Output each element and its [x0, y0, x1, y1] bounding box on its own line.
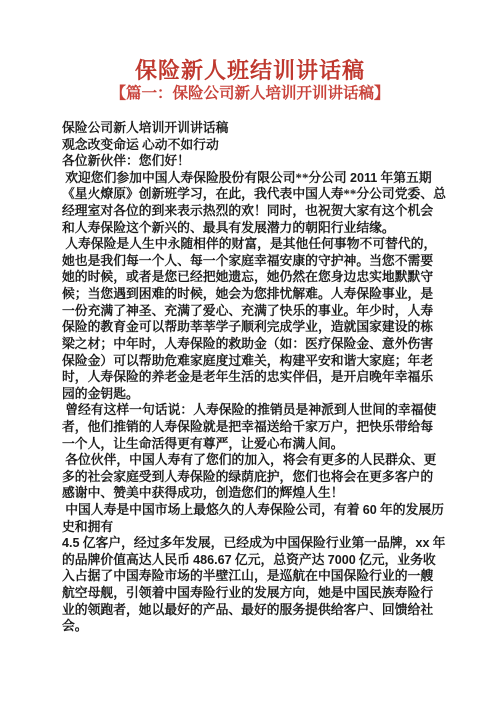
text-segment: 者，他们推销的人寿保险就是把幸福送给千家万户，把快乐带给每	[62, 420, 433, 434]
text-line: 欢迎您们参加中国人寿保险股份有限公司**分公司 2011 年第五期	[62, 170, 470, 187]
text-segment: 航空母舰，引领着中国寿险行业的发展方向，她是中国民族寿险行	[62, 586, 433, 600]
bold-number-segment: 486.67	[193, 553, 232, 567]
text-line: 她的时候，或者是您已经把她遗忘，她仍然在您身边忠实地默默守	[62, 269, 470, 286]
text-line: 业的领跑者，她以最好的产品、最好的服务提供给客户、回馈给社	[62, 602, 470, 619]
document-body: 保险公司新人培训开训讲话稿观念改变命运 心动不如行动各位新伙伴：您们好！ 欢迎您…	[0, 120, 500, 635]
text-segment: 年第五期	[377, 171, 431, 185]
text-line: 多的社会家庭受到人寿保险的绿荫庇护，您们也将会在更多客户的	[62, 469, 470, 486]
text-line: 观念改变命运 心动不如行动	[62, 137, 470, 154]
bold-number-segment: 4.5	[62, 536, 80, 550]
text-line: 会。	[62, 618, 470, 635]
text-line: 史和拥有	[62, 519, 470, 536]
bold-number-segment: 2011	[350, 171, 377, 185]
text-line: 《星火燎原》创新班学习，在此，我代表中国人寿**分公司党委、总	[62, 186, 470, 203]
text-segment: 观念改变命运 心动不如行动	[62, 138, 219, 152]
text-line: 各位新伙伴：您们好！	[62, 153, 470, 170]
text-line: 中国人寿是中国市场上最悠久的人寿保险公司，有着 60 年的发展历	[62, 502, 470, 519]
text-segment: 年	[429, 536, 445, 550]
text-segment: 园的金钥匙。	[62, 387, 139, 401]
text-segment: 年的发展历	[377, 503, 444, 517]
bold-number-segment: 7000	[328, 553, 356, 567]
text-segment: 候；当您遇到困难的时候，她会为您排忧解难。人寿保险事业，是	[62, 287, 433, 301]
text-segment: 她的时候，或者是您已经把她遗忘，她仍然在您身边忠实地默默守	[62, 270, 433, 284]
text-line: 一份充满了神圣、充满了爱心、充满了快乐的事业。年少时，人寿	[62, 303, 470, 320]
text-segment: 各位伙伴，中国人寿有了您们的加入，将会有更多的人民群众、更	[62, 453, 436, 467]
text-line: 保险金）可以帮助危难家庭度过难关，构建平安和谐大家庭；年老	[62, 353, 470, 370]
bold-number-segment: xx	[415, 536, 429, 550]
text-segment: 曾经有这样一句话说：人寿保险的推销员是神派到人世间的幸福使	[62, 403, 436, 417]
text-line: 航空母舰，引领着中国寿险行业的发展方向，她是中国民族寿险行	[62, 585, 470, 602]
text-segment: 她也是我们每一个人、每一个家庭幸福安康的守护神。当您不需要	[62, 254, 433, 268]
text-segment: 史和拥有	[62, 520, 113, 534]
text-line: 4.5 亿客户，经过多年发展，已经成为中国保险行业第一品牌，xx 年	[62, 535, 470, 552]
text-line: 和人寿保险这个新兴的、最具有发展潜力的朝阳行业结缘。	[62, 220, 470, 237]
text-segment: 和人寿保险这个新兴的、最具有发展潜力的朝阳行业结缘。	[62, 221, 395, 235]
text-line: 各位伙伴，中国人寿有了您们的加入，将会有更多的人民群众、更	[62, 452, 470, 469]
text-segment: 保险公司新人培训开训讲话稿	[62, 121, 228, 135]
text-segment: 一个人，让生命活得更有尊严，让爱心布满人间。	[62, 437, 344, 451]
text-line: 一个人，让生命活得更有尊严，让爱心布满人间。	[62, 436, 470, 453]
page-title: 保险新人班结训讲话稿	[0, 58, 500, 84]
text-segment: 时，人寿保险的养老金是老年生活的忠实伴侣，是开启晚年幸福乐	[62, 370, 433, 384]
text-line: 者，他们推销的人寿保险就是把幸福送给千家万户，把快乐带给每	[62, 419, 470, 436]
text-segment: 亿元，业务收	[356, 553, 436, 567]
page-subtitle: 【篇一：保险公司新人培训开训讲话稿】	[0, 84, 500, 104]
text-line: 保险的教育金可以帮助莘莘学子顺利完成学业，造就国家建设的栋	[62, 319, 470, 336]
text-segment: 梁之材；中年时，人寿保险的救助金（如：医疗保险金、意外伤害	[62, 337, 433, 351]
text-segment: 《星火燎原》创新班学习，在此，我代表中国人寿**分公司党委、总	[62, 187, 446, 201]
text-segment: 入占据了中国寿险市场的半壁江山，是巡航在中国保险行业的一艘	[62, 569, 433, 583]
text-line: 时，人寿保险的养老金是老年生活的忠实伴侣，是开启晚年幸福乐	[62, 369, 470, 386]
text-line: 感谢中、赞美中获得成功，创造您们的辉煌人生！	[62, 485, 470, 502]
text-segment: 亿元，总资产达	[232, 553, 328, 567]
text-segment: 会。	[62, 619, 88, 633]
text-line: 曾经有这样一句话说：人寿保险的推销员是神派到人世间的幸福使	[62, 402, 470, 419]
text-line: 经理室对各位的到来表示热烈的欢！同时，也祝贺大家有这个机会	[62, 203, 470, 220]
text-line: 人寿保险是人生中永随相伴的财富，是其他任何事物不可替代的，	[62, 236, 470, 253]
text-line: 园的金钥匙。	[62, 386, 470, 403]
text-line: 她也是我们每一个人、每一个家庭幸福安康的守护神。当您不需要	[62, 253, 470, 270]
text-segment: 保险金）可以帮助危难家庭度过难关，构建平安和谐大家庭；年老	[62, 354, 433, 368]
text-line: 候；当您遇到困难的时候，她会为您排忧解难。人寿保险事业，是	[62, 286, 470, 303]
text-line: 的品牌价值高达人民币 486.67 亿元，总资产达 7000 亿元，业务收	[62, 552, 470, 569]
text-segment: 人寿保险是人生中永随相伴的财富，是其他任何事物不可替代的，	[62, 237, 436, 251]
text-segment: 多的社会家庭受到人寿保险的绿荫庇护，您们也将会在更多客户的	[62, 470, 433, 484]
text-line: 梁之材；中年时，人寿保险的救助金（如：医疗保险金、意外伤害	[62, 336, 470, 353]
text-segment: 欢迎您们参加中国人寿保险股份有限公司**分公司	[62, 171, 350, 185]
bold-number-segment: 60	[363, 503, 377, 517]
text-segment: 经理室对各位的到来表示热烈的欢！同时，也祝贺大家有这个机会	[62, 204, 433, 218]
document-page: 保险新人班结训讲话稿 【篇一：保险公司新人培训开训讲话稿】 保险公司新人培训开训…	[0, 0, 500, 707]
text-segment: 业的领跑者，她以最好的产品、最好的服务提供给客户、回馈给社	[62, 603, 433, 617]
text-segment: 中国人寿是中国市场上最悠久的人寿保险公司，有着	[62, 503, 363, 517]
text-segment: 的品牌价值高达人民币	[62, 553, 193, 567]
text-segment: 亿客户，经过多年发展，已经成为中国保险行业第一品牌，	[80, 536, 416, 550]
text-segment: 感谢中、赞美中获得成功，创造您们的辉煌人生！	[62, 486, 344, 500]
text-segment: 一份充满了神圣、充满了爱心、充满了快乐的事业。年少时，人寿	[62, 304, 433, 318]
text-line: 保险公司新人培训开训讲话稿	[62, 120, 470, 137]
text-segment: 各位新伙伴：您们好！	[62, 154, 190, 168]
text-line: 入占据了中国寿险市场的半壁江山，是巡航在中国保险行业的一艘	[62, 568, 470, 585]
text-segment: 保险的教育金可以帮助莘莘学子顺利完成学业，造就国家建设的栋	[62, 320, 433, 334]
